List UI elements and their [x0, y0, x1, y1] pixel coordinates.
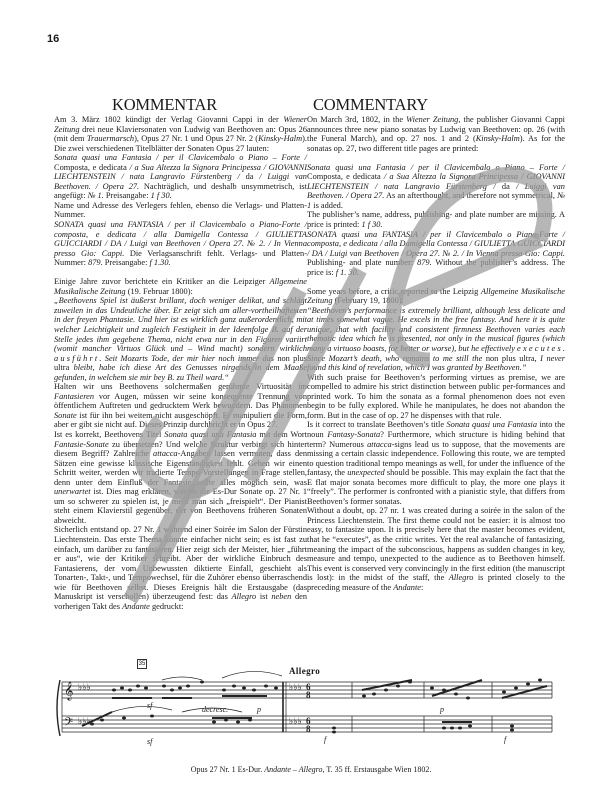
svg-text:𝄞: 𝄞: [64, 681, 73, 701]
english-column: On March 3rd, 1802, in the Wiener Zeitun…: [307, 115, 565, 592]
paragraph: Einige Jahre zuvor berichtete ein Kritik…: [54, 277, 307, 296]
paragraph: Is it correct to translate Beethoven’s t…: [307, 420, 565, 506]
paragraph: SONATA quasi una FANTASIA / per il Clavi…: [307, 230, 565, 278]
svg-text:f: f: [504, 735, 508, 744]
paragraph: Sonata quasi una Fantasia / per il Clavi…: [307, 163, 565, 211]
quotation: “Beethoven’s performance is extremely br…: [307, 306, 565, 373]
svg-text:sf: sf: [147, 701, 154, 710]
paragraph: Am 3. März 1802 kündigt der Verlag Giova…: [54, 115, 307, 153]
svg-text:♭♭♭: ♭♭♭: [78, 682, 91, 692]
paragraph: With such praise for Beethoven’s perform…: [307, 373, 565, 421]
paragraph: Without a doubt, op. 27 nr. 1 was create…: [307, 506, 565, 592]
svg-text:♭♭♭: ♭♭♭: [289, 682, 302, 692]
svg-text:♭♭♭: ♭♭♭: [78, 716, 91, 726]
german-column: Am 3. März 1802 kündigt der Verlag Giova…: [54, 115, 307, 611]
svg-text:decresc.: decresc.: [202, 705, 228, 714]
quotation: „Beethovens Spiel ist äußerst brillant, …: [54, 296, 307, 382]
paragraph: Sicherlich entstand op. 27 Nr. 1 während…: [54, 525, 307, 611]
svg-text:f: f: [324, 735, 328, 744]
svg-text:𝄢: 𝄢: [64, 716, 73, 732]
heading-english: COMMENTARY: [313, 95, 428, 115]
paragraph: On March 3rd, 1802, in the Wiener Zeitun…: [307, 115, 565, 153]
paragraph: SONATA quasi una FANTASIA / per il Clavi…: [54, 220, 307, 268]
svg-text:p: p: [439, 705, 444, 714]
paragraph: Ist es korrekt, Beethovens Titel Sonata …: [54, 430, 307, 525]
paragraph: The publisher’s name, address, publishin…: [307, 210, 565, 229]
svg-text:sf: sf: [147, 737, 154, 746]
paragraph: Halten wir uns Beethovens solchermaßen g…: [54, 382, 307, 430]
paragraph: Some years before, a critic reported to …: [307, 287, 565, 306]
svg-text:p: p: [256, 705, 261, 714]
svg-text:8: 8: [306, 690, 311, 700]
svg-text:♭♭♭: ♭♭♭: [289, 716, 302, 726]
paragraph: Name und Adresse des Verlegers fehlen, e…: [54, 201, 307, 220]
music-score-excerpt: 𝄞 𝄢 ♭♭♭♭♭♭ ♭♭♭♭♭♭ 68 68 sf sf decresc. p…: [52, 668, 562, 758]
heading-german: KOMMENTAR: [112, 95, 217, 115]
music-caption: Opus 27 Nr. 1 Es-Dur. Andante – Allegro,…: [0, 765, 612, 774]
page-number: 16: [47, 33, 59, 45]
svg-text:8: 8: [306, 724, 311, 734]
paragraph: Sonata quasi una Fantasia / per il Clavi…: [54, 153, 307, 201]
